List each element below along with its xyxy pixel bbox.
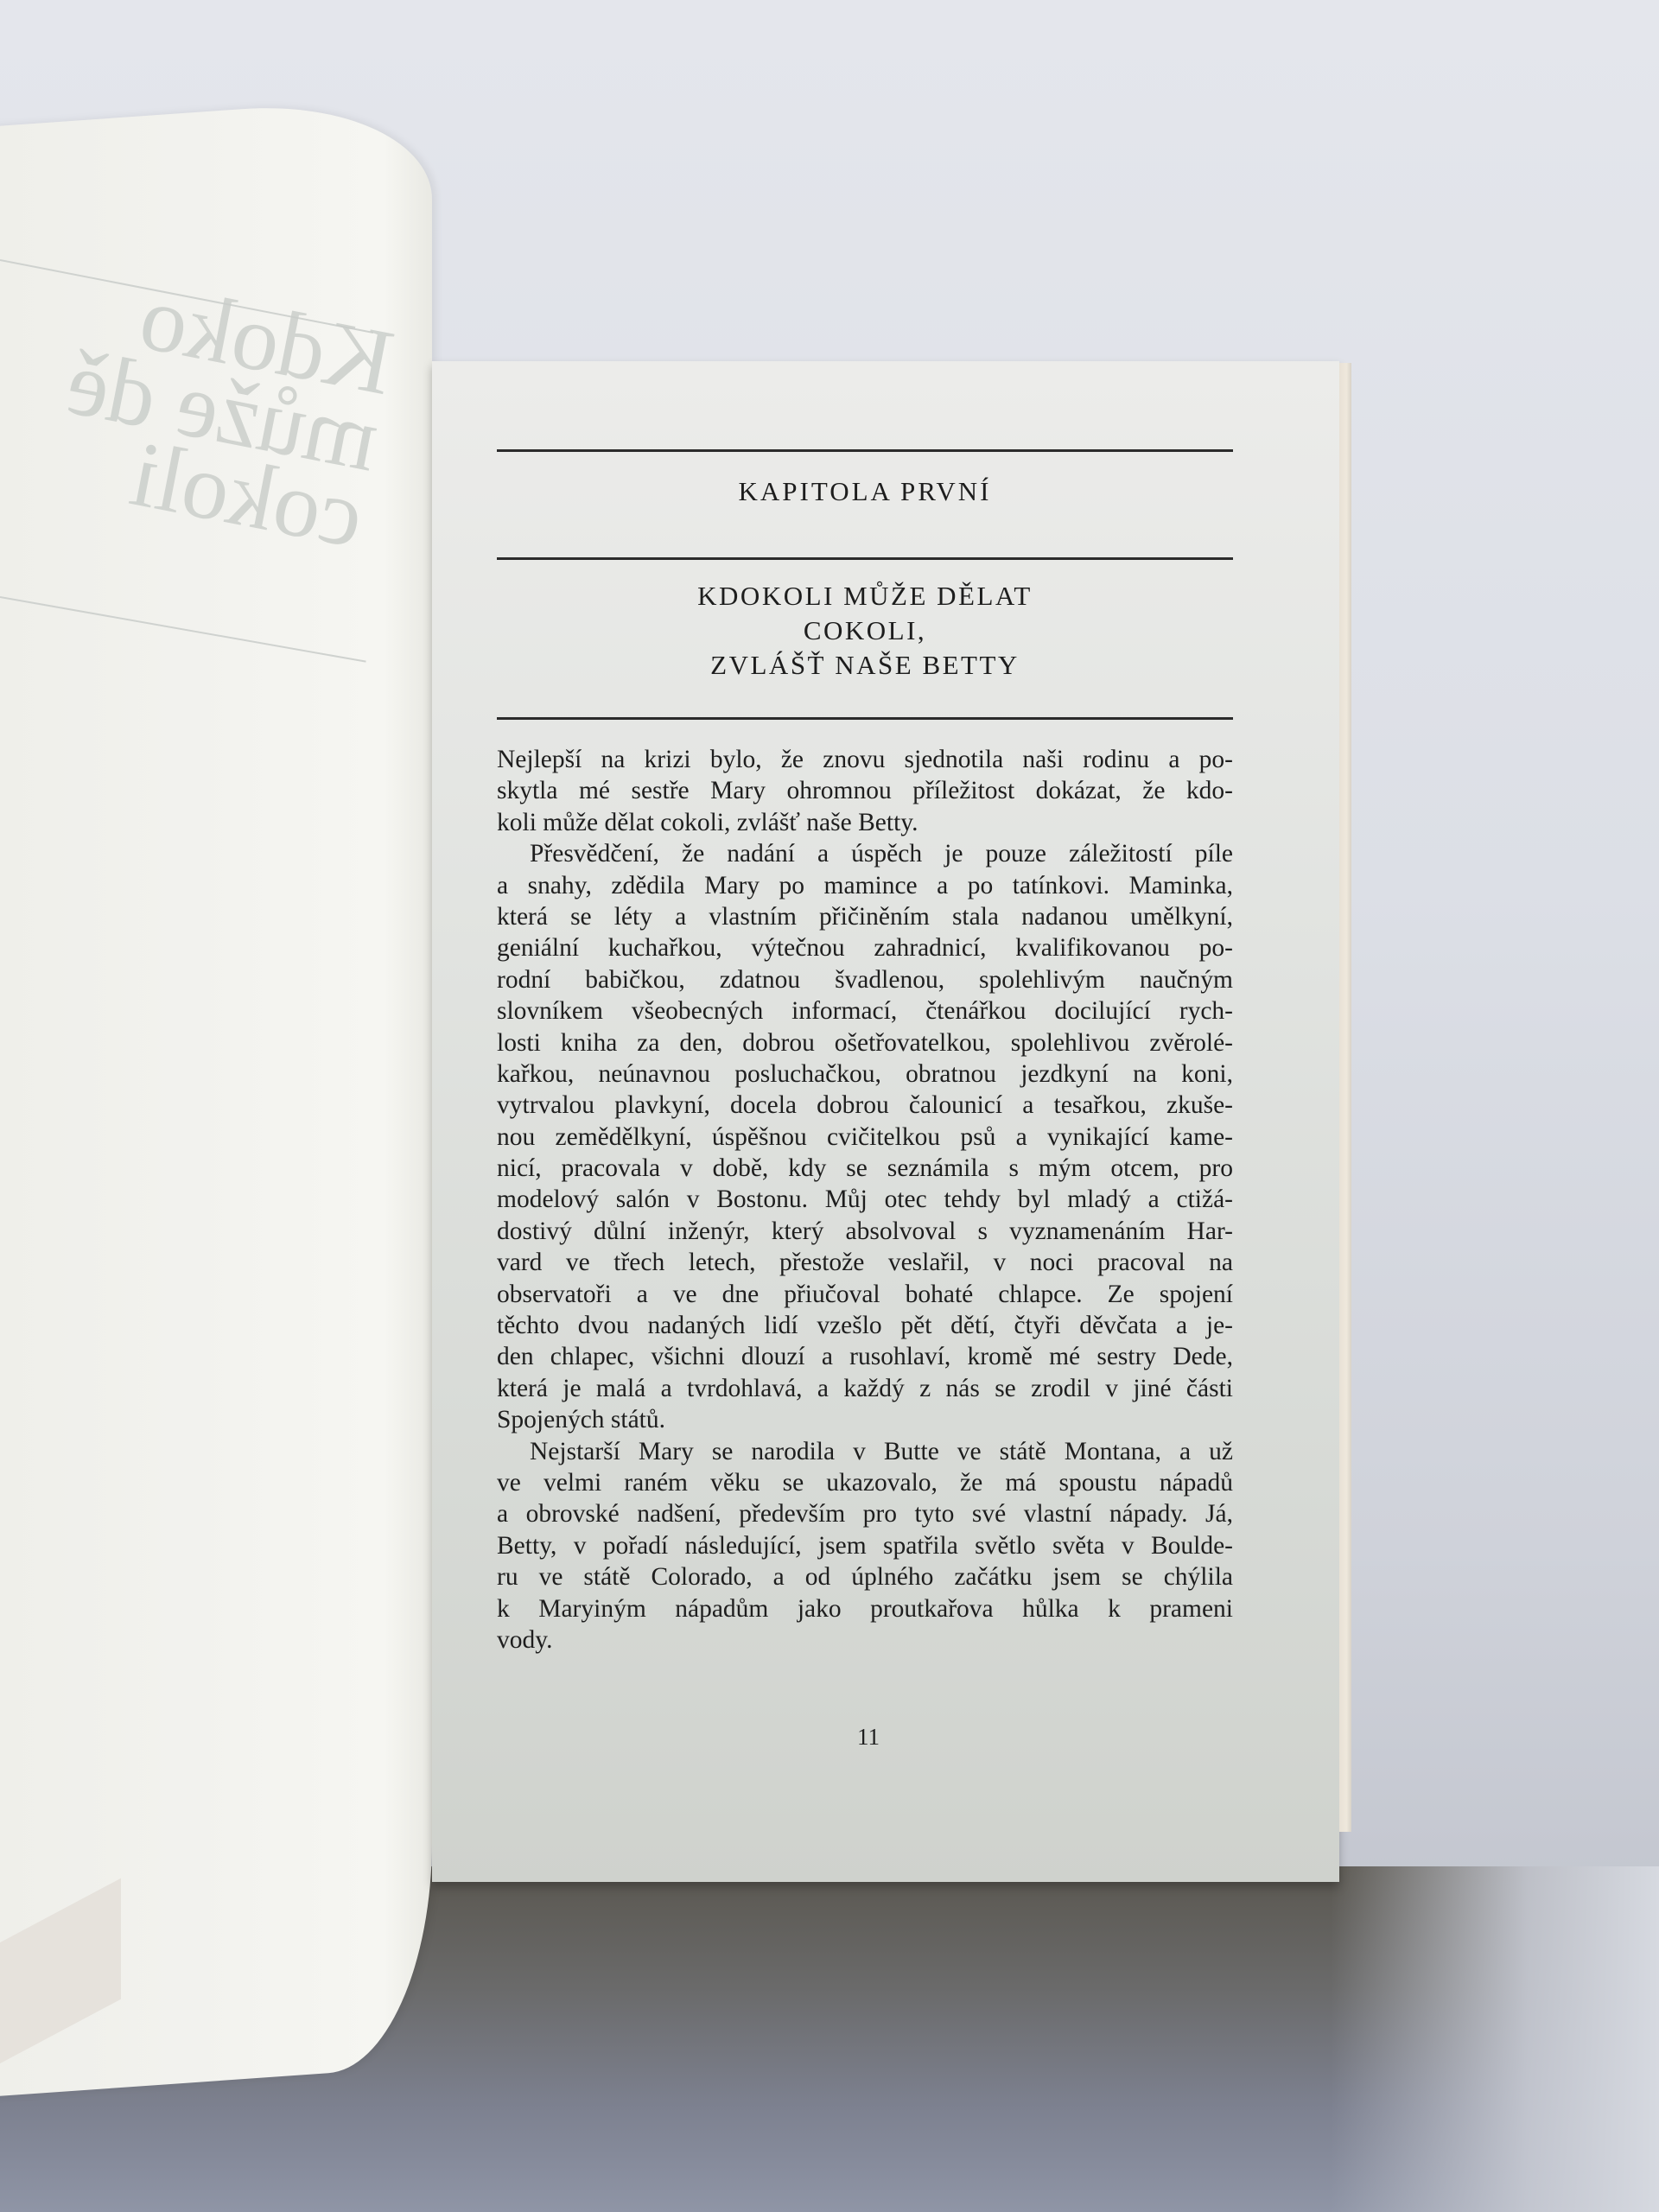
text-line: geniální kuchařkou, výtečnou zahradnicí,… (497, 932, 1233, 963)
text-line: modelový salón v Bostonu. Můj otec tehdy… (497, 1184, 1233, 1215)
chapter-title: KDOKOLI MŮŽE DĚLAT COKOLI, ZVLÁŠŤ NAŠE B… (497, 579, 1233, 683)
text-line: Spojených států. (497, 1404, 1233, 1435)
text-line: k Maryiným nápadům jako proutkařova hůlk… (497, 1593, 1233, 1624)
text-line: nou zemědělkyní, úspěšnou cvičitelkou ps… (497, 1122, 1233, 1153)
text-line: vytrvalou plavkyní, docela dobrou čaloun… (497, 1090, 1233, 1121)
page-block-edge (1339, 363, 1351, 1832)
table-surface (1331, 1866, 1659, 2212)
text-line: a obrovské nadšení, především pro tyto s… (497, 1498, 1233, 1529)
text-line: vard ve třech letech, přestože veslařil,… (497, 1247, 1233, 1278)
header-rule-middle (497, 557, 1233, 560)
chapter-title-line: COKOLI, (497, 613, 1233, 648)
header-rule-bottom (497, 717, 1233, 720)
text-line: Nejlepší na krizi bylo, že znovu sjednot… (497, 744, 1233, 775)
text-line: ru ve státě Colorado, a od úplného začát… (497, 1561, 1233, 1592)
text-line: která je malá a tvrdohlavá, a každý z ná… (497, 1373, 1233, 1404)
text-line: vody. (497, 1624, 1233, 1656)
text-line: den chlapec, všichni dlouzí a rusohlaví,… (497, 1341, 1233, 1372)
text-line: slovníkem všeobecných informací, čtenářk… (497, 995, 1233, 1027)
text-line: a snahy, zdědila Mary po mamince a po ta… (497, 870, 1233, 901)
text-line: těchto dvou nadaných lidí vzešlo pět dět… (497, 1310, 1233, 1341)
paragraph-2: Přesvědčení, že nadání a úspěch je pouze… (497, 838, 1233, 1435)
text-line: Nejstarší Mary se narodila v Butte ve st… (497, 1436, 1233, 1467)
text-line: dostivý důlní inženýr, který absolvoval … (497, 1216, 1233, 1247)
text-line: koli může dělat cokoli, zvlášť naše Bett… (497, 807, 1233, 838)
text-line: Betty, v pořadí následující, jsem spatři… (497, 1530, 1233, 1561)
text-line: nicí, pracovala v době, kdy se seznámila… (497, 1153, 1233, 1184)
page-number: 11 (829, 1724, 907, 1751)
text-line: observatoři a ve dne přiučoval bohaté ch… (497, 1279, 1233, 1310)
header-rule-top (497, 449, 1233, 452)
text-line: skytla mé sestře Mary ohromnou příležito… (497, 775, 1233, 806)
paragraph-1: Nejlepší na krizi bylo, že znovu sjednot… (497, 744, 1233, 838)
text-line: která se léty a vlastním přičiněním stal… (497, 901, 1233, 932)
page-content: KAPITOLA PRVNÍ KDOKOLI MŮŽE DĚLAT COKOLI… (497, 449, 1233, 1656)
text-line: losti kniha za den, dobrou ošetřovatelko… (497, 1027, 1233, 1058)
chapter-title-line: KDOKOLI MŮŽE DĚLAT (497, 579, 1233, 613)
text-line: kařkou, neúnavnou posluchačkou, obratnou… (497, 1058, 1233, 1090)
paragraph-3: Nejstarší Mary se narodila v Butte ve st… (497, 1436, 1233, 1656)
chapter-label: KAPITOLA PRVNÍ (497, 476, 1233, 531)
text-line: ve velmi raném věku se ukazovalo, že má … (497, 1467, 1233, 1498)
text-line: rodní babičkou, zdatnou švadlenou, spole… (497, 964, 1233, 995)
text-line: Přesvědčení, že nadání a úspěch je pouze… (497, 838, 1233, 869)
chapter-title-line: ZVLÁŠŤ NAŠE BETTY (497, 648, 1233, 683)
body-text: Nejlepší na krizi bylo, že znovu sjednot… (497, 744, 1233, 1656)
